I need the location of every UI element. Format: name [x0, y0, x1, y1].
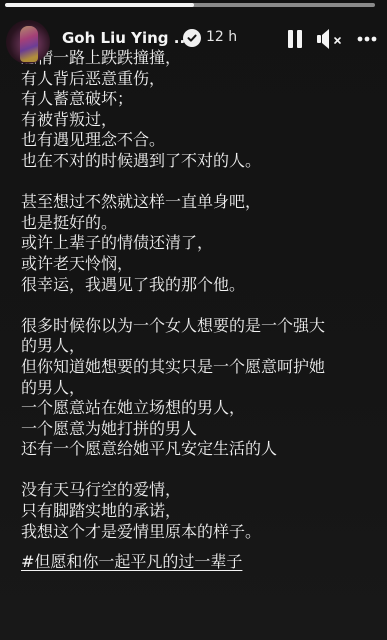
text-line: 甚至想过不然就这样一直单身吧， [21, 192, 381, 213]
paragraph-4: 没有天马行空的爱情， 只有脚踏实地的承诺， 我想这个才是爱情里原本的样子。 [21, 480, 381, 542]
text-line: 也在不对的时候遇到了不对的人。 [21, 151, 381, 172]
more-options-button[interactable] [356, 28, 378, 50]
pause-button[interactable] [286, 28, 304, 50]
text-line: 一个愿意站在她立场想的男人， [21, 398, 381, 419]
text-line: 的男人， [21, 378, 381, 399]
paragraph-3: 很多时候你以为一个女人想要的是一个强大 的男人， 但你知道她想要的其实只是一个愿… [21, 316, 381, 460]
paragraph-gap [21, 172, 381, 193]
text-line: 或许上辈子的情债还清了， [21, 233, 381, 254]
avatar-photo [20, 26, 38, 62]
post-timestamp: 12 h [206, 29, 237, 45]
text-line: 有被背叛过， [21, 110, 381, 131]
pause-icon [287, 29, 303, 49]
text-line: 也有遇见理念不合。 [21, 130, 381, 151]
hashtag-link[interactable]: #但愿和你一起平凡的过一辈子 [21, 552, 242, 573]
paragraph-1: 感情一路上跌跌撞撞， 有人背后恶意重伤， 有人蓄意破坏； 有被背叛过， 也有遇见… [21, 48, 381, 172]
paragraph-gap [21, 295, 381, 316]
mute-button[interactable] [316, 28, 346, 50]
text-line: 有人背后恶意重伤， [21, 69, 381, 90]
story-viewer: Goh Liu Ying ... 12 h [0, 0, 387, 640]
author-name[interactable]: Goh Liu Ying ... [62, 29, 191, 47]
author-avatar[interactable] [6, 20, 50, 64]
text-line: 我想这个才是爱情里原本的样子。 [21, 522, 381, 543]
story-progress-fill [5, 3, 194, 7]
text-line: 的男人， [21, 336, 381, 357]
story-progress-bar [5, 3, 375, 7]
paragraph-2: 甚至想过不然就这样一直单身吧， 也是挺好的。 或许上辈子的情债还清了， 或许老天… [21, 192, 381, 295]
text-line: 有人蓄意破坏； [21, 89, 381, 110]
text-line: 只有脚踏实地的承诺， [21, 501, 381, 522]
text-line: 感情一路上跌跌撞撞， [21, 48, 381, 69]
verified-check-icon [183, 29, 201, 47]
text-line: 也是挺好的。 [21, 213, 381, 234]
text-line: 还有一个愿意给她平凡安定生活的人 [21, 439, 381, 460]
text-line: 很多时候你以为一个女人想要的是一个强大 [21, 316, 381, 337]
text-line: 一个愿意为她打拼的男人 [21, 419, 381, 440]
more-options-icon [357, 36, 377, 42]
paragraph-gap [21, 460, 381, 481]
speaker-muted-icon [316, 28, 346, 50]
text-line: 很幸运，我遇见了我的那个他。 [21, 275, 381, 296]
text-line: 但你知道她想要的其实只是一个愿意呵护她 [21, 357, 381, 378]
text-line: 没有天马行空的爱情， [21, 480, 381, 501]
post-text: 感情一路上跌跌撞撞， 有人背后恶意重伤， 有人蓄意破坏； 有被背叛过， 也有遇见… [21, 48, 381, 573]
text-line: 或许老天怜悯， [21, 254, 381, 275]
